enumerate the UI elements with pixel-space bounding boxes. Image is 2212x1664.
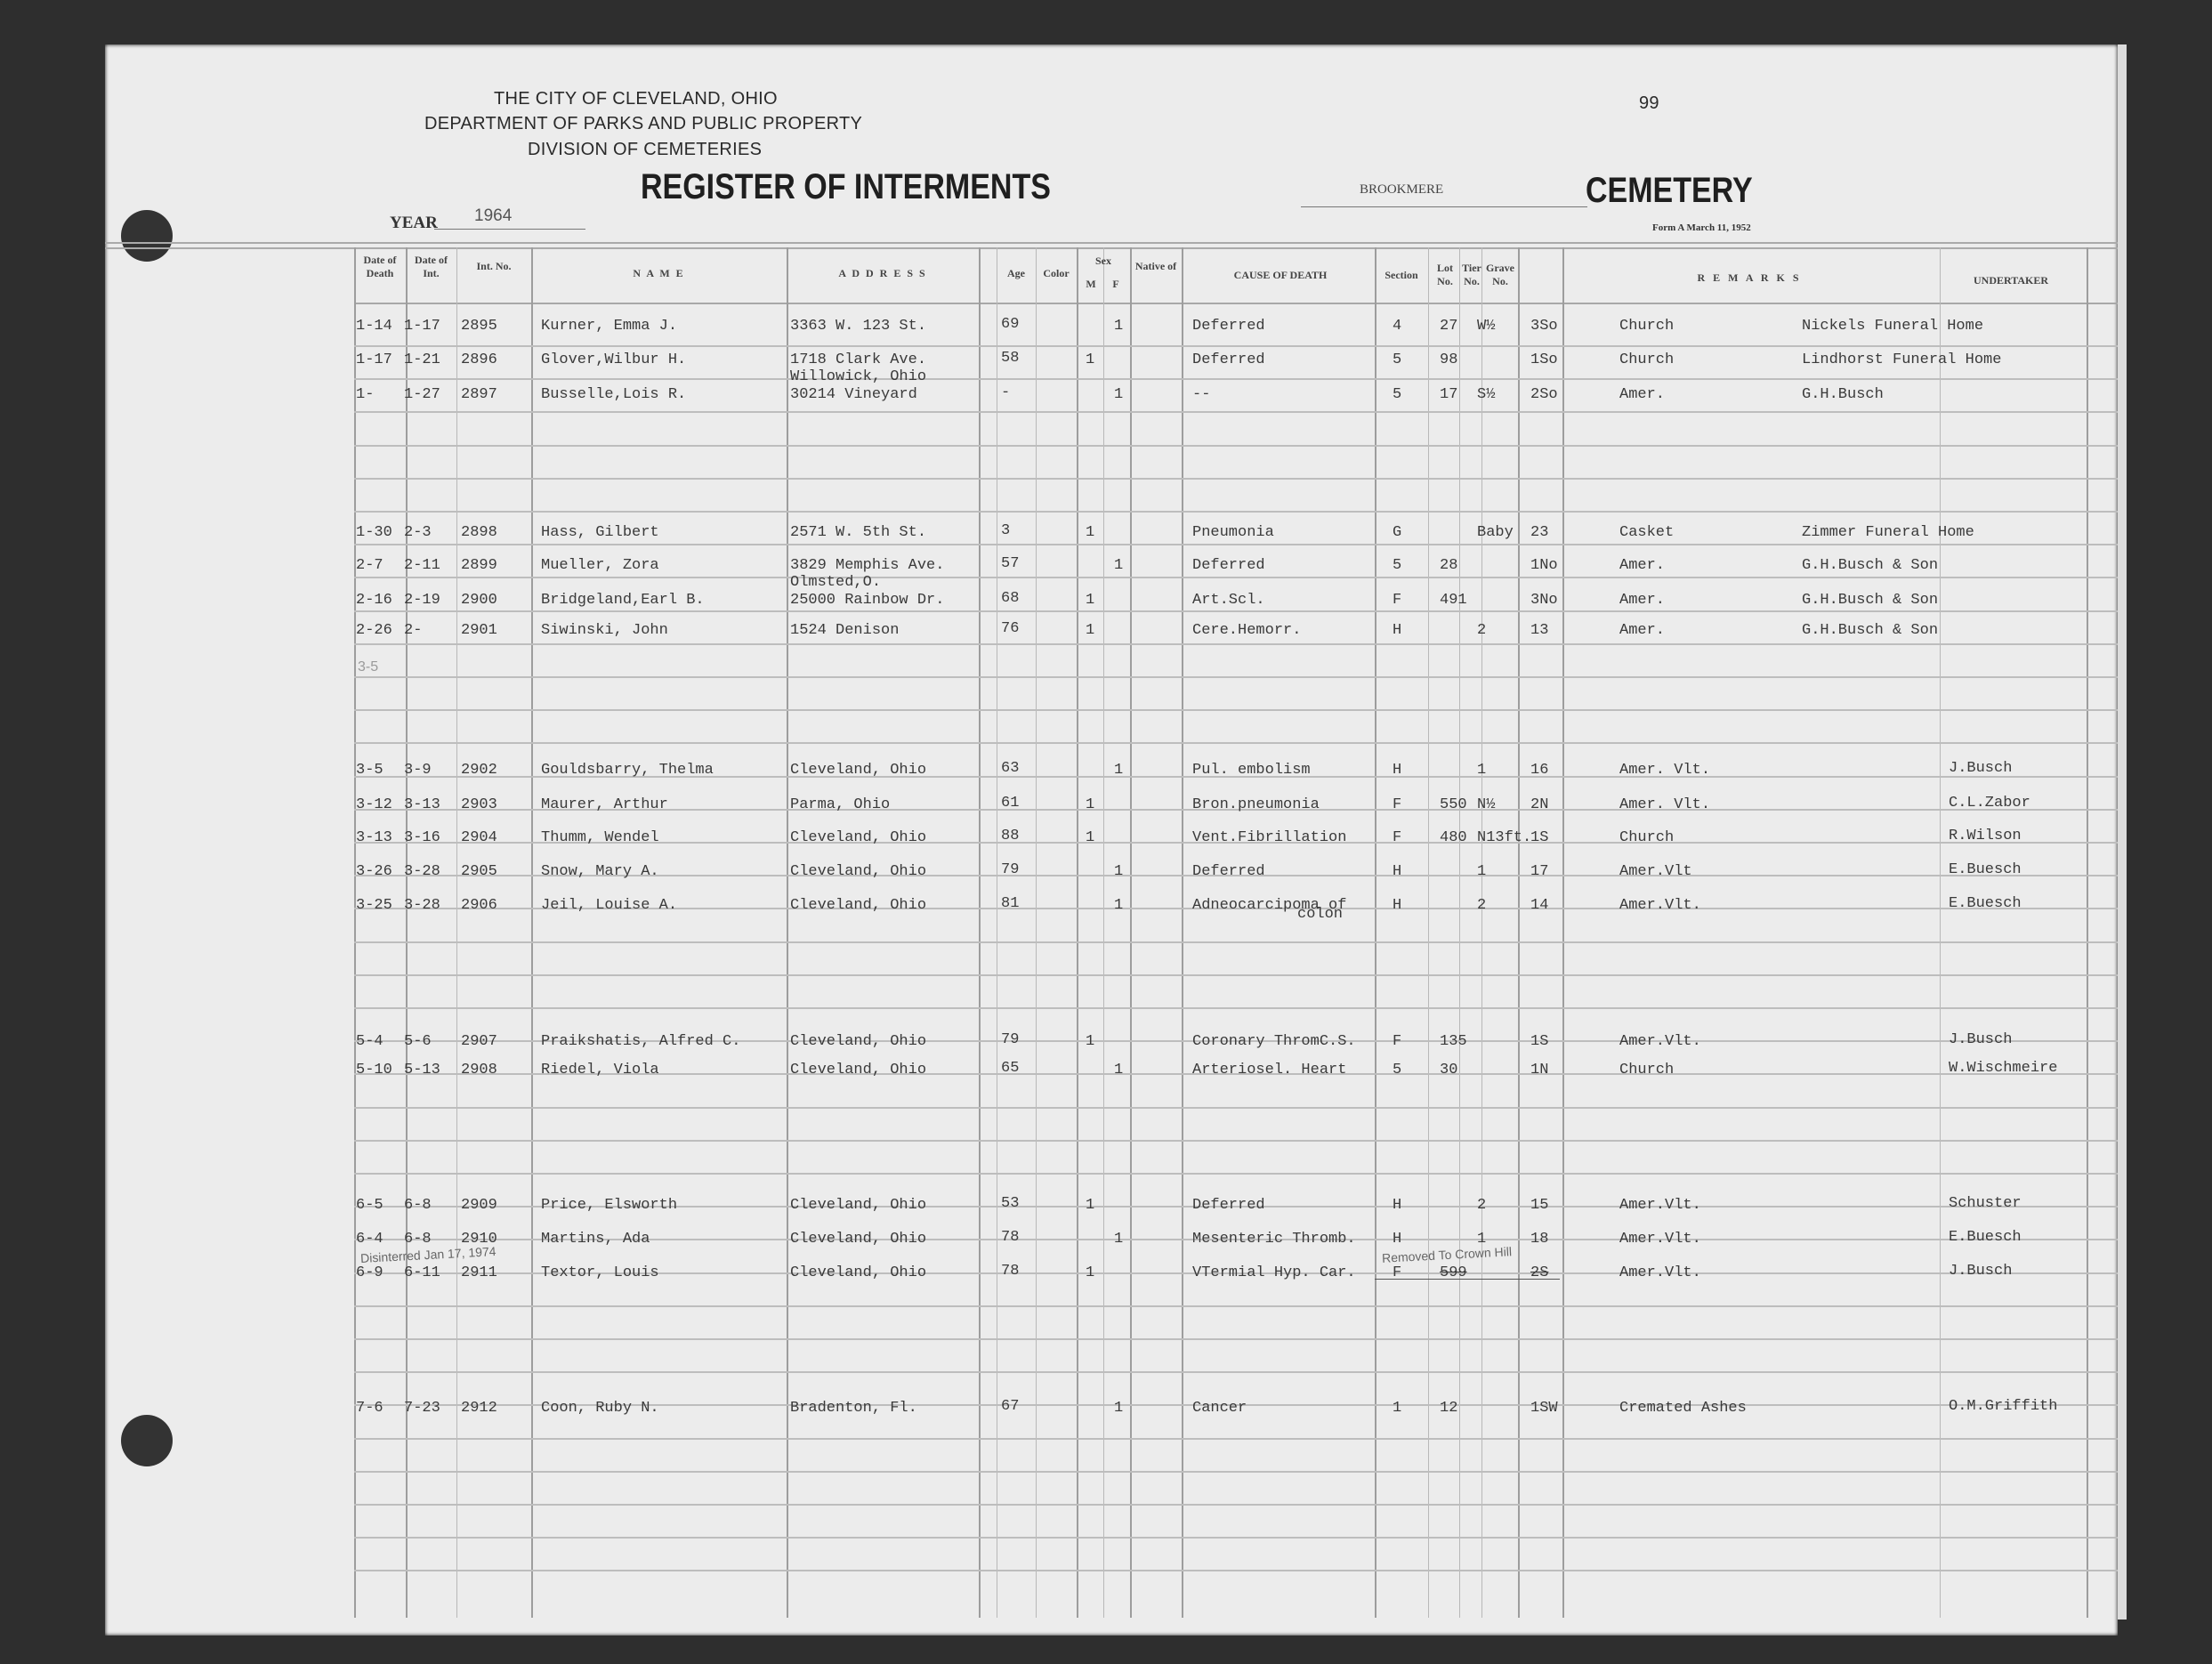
row-rule bbox=[354, 610, 2118, 612]
remarks: Amer.Vlt. bbox=[1619, 897, 1701, 914]
row-rule bbox=[354, 378, 2118, 380]
cause-of-death: Bron.pneumonia bbox=[1192, 796, 1320, 813]
date-of-interment: 3-28 bbox=[404, 863, 440, 880]
cause-of-death: Deferred bbox=[1192, 351, 1265, 368]
row-rule bbox=[354, 411, 2118, 413]
interment-number: 2907 bbox=[461, 1033, 497, 1050]
date-of-death: 6-5 bbox=[356, 1197, 383, 1214]
page-edge bbox=[2118, 44, 2127, 1620]
cause-of-death: Arteriosel. Heart bbox=[1192, 1062, 1346, 1078]
grave-number: 3So bbox=[1530, 318, 1558, 335]
address-line-2: Olmsted,O. bbox=[790, 574, 881, 591]
grave-number: 18 bbox=[1530, 1231, 1548, 1248]
section: 4 bbox=[1393, 318, 1401, 335]
section: F bbox=[1393, 1033, 1401, 1050]
row-rule bbox=[354, 1007, 2118, 1009]
tier-number: S½ bbox=[1477, 386, 1495, 403]
interment-number: 2905 bbox=[461, 863, 497, 880]
sex-female: 1 bbox=[1114, 1231, 1123, 1248]
grave-number: 1S bbox=[1530, 829, 1548, 846]
age: 67 bbox=[1001, 1398, 1019, 1415]
tier-number: N13ft. bbox=[1477, 829, 1531, 846]
cause-of-death: Mesenteric Thromb. bbox=[1192, 1231, 1356, 1248]
address: Cleveland, Ohio bbox=[790, 1231, 926, 1248]
age: 53 bbox=[1001, 1195, 1019, 1212]
address: 1718 Clark Ave. bbox=[790, 351, 926, 368]
age: 78 bbox=[1001, 1229, 1019, 1246]
column-rule bbox=[1518, 247, 1520, 1618]
remarks-funeral-home: G.H.Busch & Son bbox=[1802, 622, 1938, 639]
row-rule bbox=[354, 643, 2118, 645]
interment-number: 2898 bbox=[461, 524, 497, 541]
age: 76 bbox=[1001, 620, 1019, 637]
remarks: Church bbox=[1619, 829, 1674, 846]
date-of-death: 5-10 bbox=[356, 1062, 392, 1078]
age: 78 bbox=[1001, 1263, 1019, 1280]
col-sex: Sex bbox=[1077, 254, 1130, 268]
col-name: N A M E bbox=[531, 267, 787, 280]
header-department: DEPARTMENT OF PARKS AND PUBLIC PROPERTY bbox=[424, 114, 862, 134]
cemetery-label: CEMETERY bbox=[1586, 171, 1753, 211]
grave-number: 13 bbox=[1530, 622, 1548, 639]
date-of-interment: 5-6 bbox=[404, 1033, 432, 1050]
decedent-name: Kurner, Emma J. bbox=[541, 318, 677, 335]
form-note: Form A March 11, 1952 bbox=[1652, 222, 1751, 233]
date-of-interment: 3-28 bbox=[404, 897, 440, 914]
date-of-interment: 6-11 bbox=[404, 1264, 440, 1281]
sex-male: 1 bbox=[1086, 1033, 1094, 1050]
decedent-name: Snow, Mary A. bbox=[541, 863, 659, 880]
grave-number: 15 bbox=[1530, 1197, 1548, 1214]
row-rule bbox=[354, 1570, 2118, 1571]
sex-female: 1 bbox=[1114, 1062, 1123, 1078]
grave-number: 3No bbox=[1530, 592, 1558, 609]
section: 5 bbox=[1393, 386, 1401, 403]
interment-number: 2911 bbox=[461, 1264, 497, 1281]
column-rule bbox=[1130, 247, 1132, 1618]
date-of-interment: 2-11 bbox=[404, 557, 440, 574]
col-sex-m: M bbox=[1078, 278, 1103, 291]
undertaker: R.Wilson bbox=[1949, 828, 2022, 844]
decedent-name: Coon, Ruby N. bbox=[541, 1400, 659, 1417]
grave-number: 16 bbox=[1530, 762, 1548, 779]
col-undertaker: UNDERTAKER bbox=[1944, 274, 2078, 287]
decedent-name: Price, Elsworth bbox=[541, 1197, 677, 1214]
sex-female: 1 bbox=[1114, 897, 1123, 914]
section: 5 bbox=[1393, 557, 1401, 574]
decedent-name: Riedel, Viola bbox=[541, 1062, 659, 1078]
column-rule bbox=[1375, 247, 1376, 1618]
age: 63 bbox=[1001, 760, 1019, 777]
sex-female: 1 bbox=[1114, 318, 1123, 335]
sex-male: 1 bbox=[1086, 592, 1094, 609]
col-date-int: Date of Int. bbox=[406, 254, 456, 280]
age: 57 bbox=[1001, 555, 1019, 572]
remarks: Amer.Vlt. bbox=[1619, 1197, 1701, 1214]
decedent-name: Glover,Wilbur H. bbox=[541, 351, 686, 368]
date-of-interment: 2-19 bbox=[404, 592, 440, 609]
sex-male: 1 bbox=[1086, 622, 1094, 639]
sex-female: 1 bbox=[1114, 386, 1123, 403]
section: H bbox=[1393, 897, 1401, 914]
row-rule bbox=[354, 445, 2118, 447]
date-of-death: 7-6 bbox=[356, 1400, 383, 1417]
interment-number: 2903 bbox=[461, 796, 497, 813]
date-of-death: 1- bbox=[356, 386, 374, 403]
column-rule bbox=[1077, 247, 1078, 1618]
row-rule bbox=[354, 1107, 2118, 1109]
column-rule bbox=[1036, 247, 1037, 1618]
cemetery-name: BROOKMERE bbox=[1360, 182, 1443, 198]
row-rule bbox=[354, 676, 2118, 678]
remarks: Amer. bbox=[1619, 592, 1665, 609]
remarks: Amer.Vlt. bbox=[1619, 1231, 1701, 1248]
address: Cleveland, Ohio bbox=[790, 1033, 926, 1050]
address: Cleveland, Ohio bbox=[790, 897, 926, 914]
section: 5 bbox=[1393, 1062, 1401, 1078]
row-rule bbox=[354, 1504, 2118, 1506]
row-rule bbox=[354, 1173, 2118, 1175]
column-rule bbox=[1182, 247, 1183, 1618]
remarks: Amer.Vlt bbox=[1619, 863, 1692, 880]
address: Cleveland, Ohio bbox=[790, 1197, 926, 1214]
date-of-interment: 1-27 bbox=[404, 386, 440, 403]
lot-number: 491 bbox=[1440, 592, 1467, 609]
grave-number: 14 bbox=[1530, 897, 1548, 914]
row-rule bbox=[354, 1305, 2118, 1307]
col-sex-f: F bbox=[1103, 278, 1128, 291]
section: H bbox=[1393, 863, 1401, 880]
col-date-death: Date of Death bbox=[354, 254, 406, 280]
date-of-death: 6-9 bbox=[356, 1264, 383, 1281]
cause-of-death: Art.Scl. bbox=[1192, 592, 1265, 609]
row-rule bbox=[354, 1471, 2118, 1473]
cause-of-death: Deferred bbox=[1192, 557, 1265, 574]
section: G bbox=[1393, 524, 1401, 541]
date-of-death: 3-13 bbox=[356, 829, 392, 846]
age: 3 bbox=[1001, 522, 1010, 539]
grave-number: 1No bbox=[1530, 557, 1558, 574]
column-rule bbox=[1459, 247, 1460, 1618]
tier-number: 2 bbox=[1477, 897, 1486, 914]
row-rule bbox=[354, 1371, 2118, 1373]
remarks: Casket bbox=[1619, 524, 1674, 541]
row-rule bbox=[354, 941, 2118, 943]
cause-of-death: Pul. embolism bbox=[1192, 762, 1311, 779]
row-rule bbox=[354, 478, 2118, 480]
date-of-interment: 1-21 bbox=[404, 351, 440, 368]
grave-number: 2So bbox=[1530, 386, 1558, 403]
stray-date-note: 3-5 bbox=[358, 659, 378, 675]
section: H bbox=[1393, 762, 1401, 779]
sex-male: 1 bbox=[1086, 524, 1094, 541]
decedent-name: Bridgeland,Earl B. bbox=[541, 592, 705, 609]
tier-number: 2 bbox=[1477, 1197, 1486, 1214]
address: Parma, Ohio bbox=[790, 796, 890, 813]
row-rule bbox=[354, 974, 2118, 976]
column-rule bbox=[1562, 247, 1564, 1618]
column-rule bbox=[787, 247, 788, 1618]
cause-of-death: Cancer bbox=[1192, 1400, 1247, 1417]
col-remarks: R E M A R K S bbox=[1562, 271, 1936, 285]
remarks: Amer. Vlt. bbox=[1619, 762, 1710, 779]
section: F bbox=[1393, 592, 1401, 609]
lot-number: 98 bbox=[1440, 351, 1457, 368]
date-of-death: 5-4 bbox=[356, 1033, 383, 1050]
row-rule bbox=[354, 709, 2118, 711]
decedent-name: Martins, Ada bbox=[541, 1231, 650, 1248]
row-rule bbox=[354, 544, 2118, 545]
lot-number: 550 bbox=[1440, 796, 1467, 813]
age: 79 bbox=[1001, 1031, 1019, 1048]
date-of-interment: 3-16 bbox=[404, 829, 440, 846]
section: H bbox=[1393, 1197, 1401, 1214]
col-cause: CAUSE OF DEATH bbox=[1187, 269, 1374, 282]
sex-female: 1 bbox=[1114, 557, 1123, 574]
tier-number: 1 bbox=[1477, 762, 1486, 779]
remarks-funeral-home: Nickels Funeral Home bbox=[1802, 318, 1983, 335]
tier-number: W½ bbox=[1477, 318, 1495, 335]
remarks: Amer. bbox=[1619, 622, 1665, 639]
sex-female: 1 bbox=[1114, 1400, 1123, 1417]
row-rule bbox=[354, 1140, 2118, 1142]
grave-number: 1N bbox=[1530, 1062, 1548, 1078]
year-value: 1964 bbox=[474, 206, 512, 226]
column-rule bbox=[2087, 247, 2088, 1618]
remarks: Church bbox=[1619, 318, 1674, 335]
cause-of-death: Deferred bbox=[1192, 318, 1265, 335]
date-of-interment: 7-23 bbox=[404, 1400, 440, 1417]
date-of-interment: 6-8 bbox=[404, 1231, 432, 1248]
date-of-death: 3-5 bbox=[356, 762, 383, 779]
address: Bradenton, Fl. bbox=[790, 1400, 917, 1417]
date-of-interment: 2- bbox=[404, 622, 422, 639]
grave-number: 1SW bbox=[1530, 1400, 1558, 1417]
column-rule bbox=[1481, 247, 1482, 1618]
row-rule bbox=[354, 1537, 2118, 1539]
undertaker: C.L.Zabor bbox=[1949, 795, 2030, 812]
section: H bbox=[1393, 622, 1401, 639]
cause-of-death: -- bbox=[1192, 386, 1210, 403]
column-rule bbox=[1428, 247, 1429, 1618]
undertaker: E.Buesch bbox=[1949, 895, 2022, 912]
interment-number: 2896 bbox=[461, 351, 497, 368]
undertaker: O.M.Griffith bbox=[1949, 1398, 2057, 1415]
age: 69 bbox=[1001, 316, 1019, 333]
year-underline bbox=[434, 229, 585, 230]
decedent-name: Maurer, Arthur bbox=[541, 796, 668, 813]
binder-hole-top bbox=[121, 210, 173, 262]
remarks: Amer.Vlt. bbox=[1619, 1033, 1701, 1050]
sex-male: 1 bbox=[1086, 796, 1094, 813]
cause-of-death: Deferred bbox=[1192, 1197, 1265, 1214]
remarks: Church bbox=[1619, 351, 1674, 368]
table-top-rule bbox=[105, 242, 2118, 244]
decedent-name: Jeil, Louise A. bbox=[541, 897, 677, 914]
remarks: Amer. Vlt. bbox=[1619, 796, 1710, 813]
col-section: Section bbox=[1375, 269, 1428, 282]
cause-of-death: Deferred bbox=[1192, 863, 1265, 880]
column-rule bbox=[531, 247, 533, 1618]
sex-male: 1 bbox=[1086, 829, 1094, 846]
interment-number: 2912 bbox=[461, 1400, 497, 1417]
tier-number: N½ bbox=[1477, 796, 1495, 813]
interment-number: 2902 bbox=[461, 762, 497, 779]
decedent-name: Busselle,Lois R. bbox=[541, 386, 686, 403]
undertaker: W.Wischmeire bbox=[1949, 1060, 2057, 1077]
address: 25000 Rainbow Dr. bbox=[790, 592, 944, 609]
cause-of-death: Vent.Fibrillation bbox=[1192, 829, 1346, 846]
remarks-funeral-home: G.H.Busch bbox=[1802, 386, 1884, 403]
address: 3829 Memphis Ave. bbox=[790, 557, 944, 574]
remarks: Amer. bbox=[1619, 557, 1665, 574]
undertaker: E.Buesch bbox=[1949, 861, 2022, 878]
cemetery-underline bbox=[1301, 206, 1587, 207]
age: 88 bbox=[1001, 828, 1019, 844]
grave-number: 23 bbox=[1530, 524, 1548, 541]
age: - bbox=[1001, 384, 1010, 401]
interment-number: 2899 bbox=[461, 557, 497, 574]
section: H bbox=[1393, 1231, 1401, 1248]
undertaker: E.Buesch bbox=[1949, 1229, 2022, 1246]
tier-number: Baby bbox=[1477, 524, 1514, 541]
age: 58 bbox=[1001, 350, 1019, 367]
header-city: THE CITY OF CLEVELAND, OHIO bbox=[494, 89, 778, 109]
tier-number: 2 bbox=[1477, 622, 1486, 639]
remarks: Amer. bbox=[1619, 386, 1665, 403]
date-of-death: 1-14 bbox=[356, 318, 392, 335]
date-of-death: 3-25 bbox=[356, 897, 392, 914]
lot-number: 135 bbox=[1440, 1033, 1467, 1050]
address-line-2: Willowick, Ohio bbox=[790, 368, 926, 385]
decedent-name: Siwinski, John bbox=[541, 622, 668, 639]
address: Cleveland, Ohio bbox=[790, 829, 926, 846]
col-grave: Grave No. bbox=[1482, 262, 1518, 288]
date-of-death: 3-26 bbox=[356, 863, 392, 880]
date-of-interment: 3-9 bbox=[404, 762, 432, 779]
page-number: 99 bbox=[1639, 93, 1659, 114]
col-int-no: Int. No. bbox=[456, 260, 531, 273]
decedent-name: Gouldsbarry, Thelma bbox=[541, 762, 714, 779]
col-address: A D D R E S S bbox=[787, 267, 979, 280]
sex-male: 1 bbox=[1086, 351, 1094, 368]
strike-line bbox=[1375, 1279, 1560, 1280]
date-of-death: 6-4 bbox=[356, 1231, 383, 1248]
date-of-death: 1-30 bbox=[356, 524, 392, 541]
header-bottom-rule bbox=[354, 303, 2118, 304]
col-lot: Lot No. bbox=[1431, 262, 1459, 288]
interment-number: 2909 bbox=[461, 1197, 497, 1214]
date-of-death: 2-16 bbox=[356, 592, 392, 609]
age: 81 bbox=[1001, 895, 1019, 912]
cause-of-death: Coronary ThromC.S. bbox=[1192, 1033, 1356, 1050]
column-rule bbox=[997, 247, 997, 1618]
date-of-interment: 1-17 bbox=[404, 318, 440, 335]
lot-number: 30 bbox=[1440, 1062, 1457, 1078]
row-rule bbox=[354, 511, 2118, 513]
grave-number: 2N bbox=[1530, 796, 1548, 813]
undertaker: Schuster bbox=[1949, 1195, 2022, 1212]
grave-number: 17 bbox=[1530, 863, 1548, 880]
grave-number: 1So bbox=[1530, 351, 1558, 368]
lot-number: 27 bbox=[1440, 318, 1457, 335]
sex-male: 1 bbox=[1086, 1197, 1094, 1214]
lot-number: 17 bbox=[1440, 386, 1457, 403]
header-division: DIVISION OF CEMETERIES bbox=[528, 140, 762, 160]
remarks: Church bbox=[1619, 1062, 1674, 1078]
date-of-interment: 2-3 bbox=[404, 524, 432, 541]
row-rule bbox=[354, 577, 2118, 578]
date-of-death: 3-12 bbox=[356, 796, 392, 813]
sex-female: 1 bbox=[1114, 762, 1123, 779]
date-of-interment: 6-8 bbox=[404, 1197, 432, 1214]
decedent-name: Praikshatis, Alfred C. bbox=[541, 1033, 740, 1050]
cause-of-death: Cere.Hemorr. bbox=[1192, 622, 1301, 639]
address: Cleveland, Ohio bbox=[790, 762, 926, 779]
undertaker: J.Busch bbox=[1949, 1031, 2012, 1048]
date-of-death: 1-17 bbox=[356, 351, 392, 368]
cause-of-death: Pneumonia bbox=[1192, 524, 1274, 541]
col-age: Age bbox=[997, 267, 1036, 280]
section: 5 bbox=[1393, 351, 1401, 368]
age: 61 bbox=[1001, 795, 1019, 812]
lot-number: 28 bbox=[1440, 557, 1457, 574]
col-native-of: Native of bbox=[1130, 260, 1182, 273]
cause-of-death: VTermial Hyp. Car. bbox=[1192, 1264, 1356, 1281]
undertaker: J.Busch bbox=[1949, 1263, 2012, 1280]
interment-number: 2901 bbox=[461, 622, 497, 639]
page-title: REGISTER OF INTERMENTS bbox=[641, 167, 1051, 207]
address: 30214 Vineyard bbox=[790, 386, 917, 403]
age: 68 bbox=[1001, 590, 1019, 607]
section: F bbox=[1393, 829, 1401, 846]
address: Cleveland, Ohio bbox=[790, 863, 926, 880]
interment-number: 2906 bbox=[461, 897, 497, 914]
interment-number: 2900 bbox=[461, 592, 497, 609]
date-of-death: 2-26 bbox=[356, 622, 392, 639]
remarks-funeral-home: Zimmer Funeral Home bbox=[1802, 524, 1974, 541]
row-rule bbox=[354, 1338, 2118, 1340]
address: Cleveland, Ohio bbox=[790, 1264, 926, 1281]
date-of-death: 2-7 bbox=[356, 557, 383, 574]
address: 3363 W. 123 St. bbox=[790, 318, 926, 335]
column-rule bbox=[1940, 247, 1941, 1618]
address: 2571 W. 5th St. bbox=[790, 524, 926, 541]
binder-hole-bottom bbox=[121, 1415, 173, 1466]
date-of-interment: 3-13 bbox=[404, 796, 440, 813]
remarks-funeral-home: G.H.Busch & Son bbox=[1802, 592, 1938, 609]
interment-number: 2895 bbox=[461, 318, 497, 335]
remarks: Amer.Vlt. bbox=[1619, 1264, 1701, 1281]
column-rule bbox=[1103, 247, 1104, 1618]
remarks-funeral-home: G.H.Busch & Son bbox=[1802, 557, 1938, 574]
decedent-name: Textor, Louis bbox=[541, 1264, 659, 1281]
grave-number: 1S bbox=[1530, 1033, 1548, 1050]
sex-female: 1 bbox=[1114, 863, 1123, 880]
age: 65 bbox=[1001, 1060, 1019, 1077]
interment-number: 2908 bbox=[461, 1062, 497, 1078]
age: 79 bbox=[1001, 861, 1019, 878]
decedent-name: Hass, Gilbert bbox=[541, 524, 659, 541]
remarks-funeral-home: Lindhorst Funeral Home bbox=[1802, 351, 2001, 368]
col-color: Color bbox=[1036, 267, 1077, 280]
lot-number: 12 bbox=[1440, 1400, 1457, 1417]
row-rule bbox=[354, 742, 2118, 744]
col-tier: Tier No. bbox=[1459, 262, 1484, 288]
address: Cleveland, Ohio bbox=[790, 1062, 926, 1078]
column-rule bbox=[979, 247, 981, 1618]
date-of-interment: 5-13 bbox=[404, 1062, 440, 1078]
